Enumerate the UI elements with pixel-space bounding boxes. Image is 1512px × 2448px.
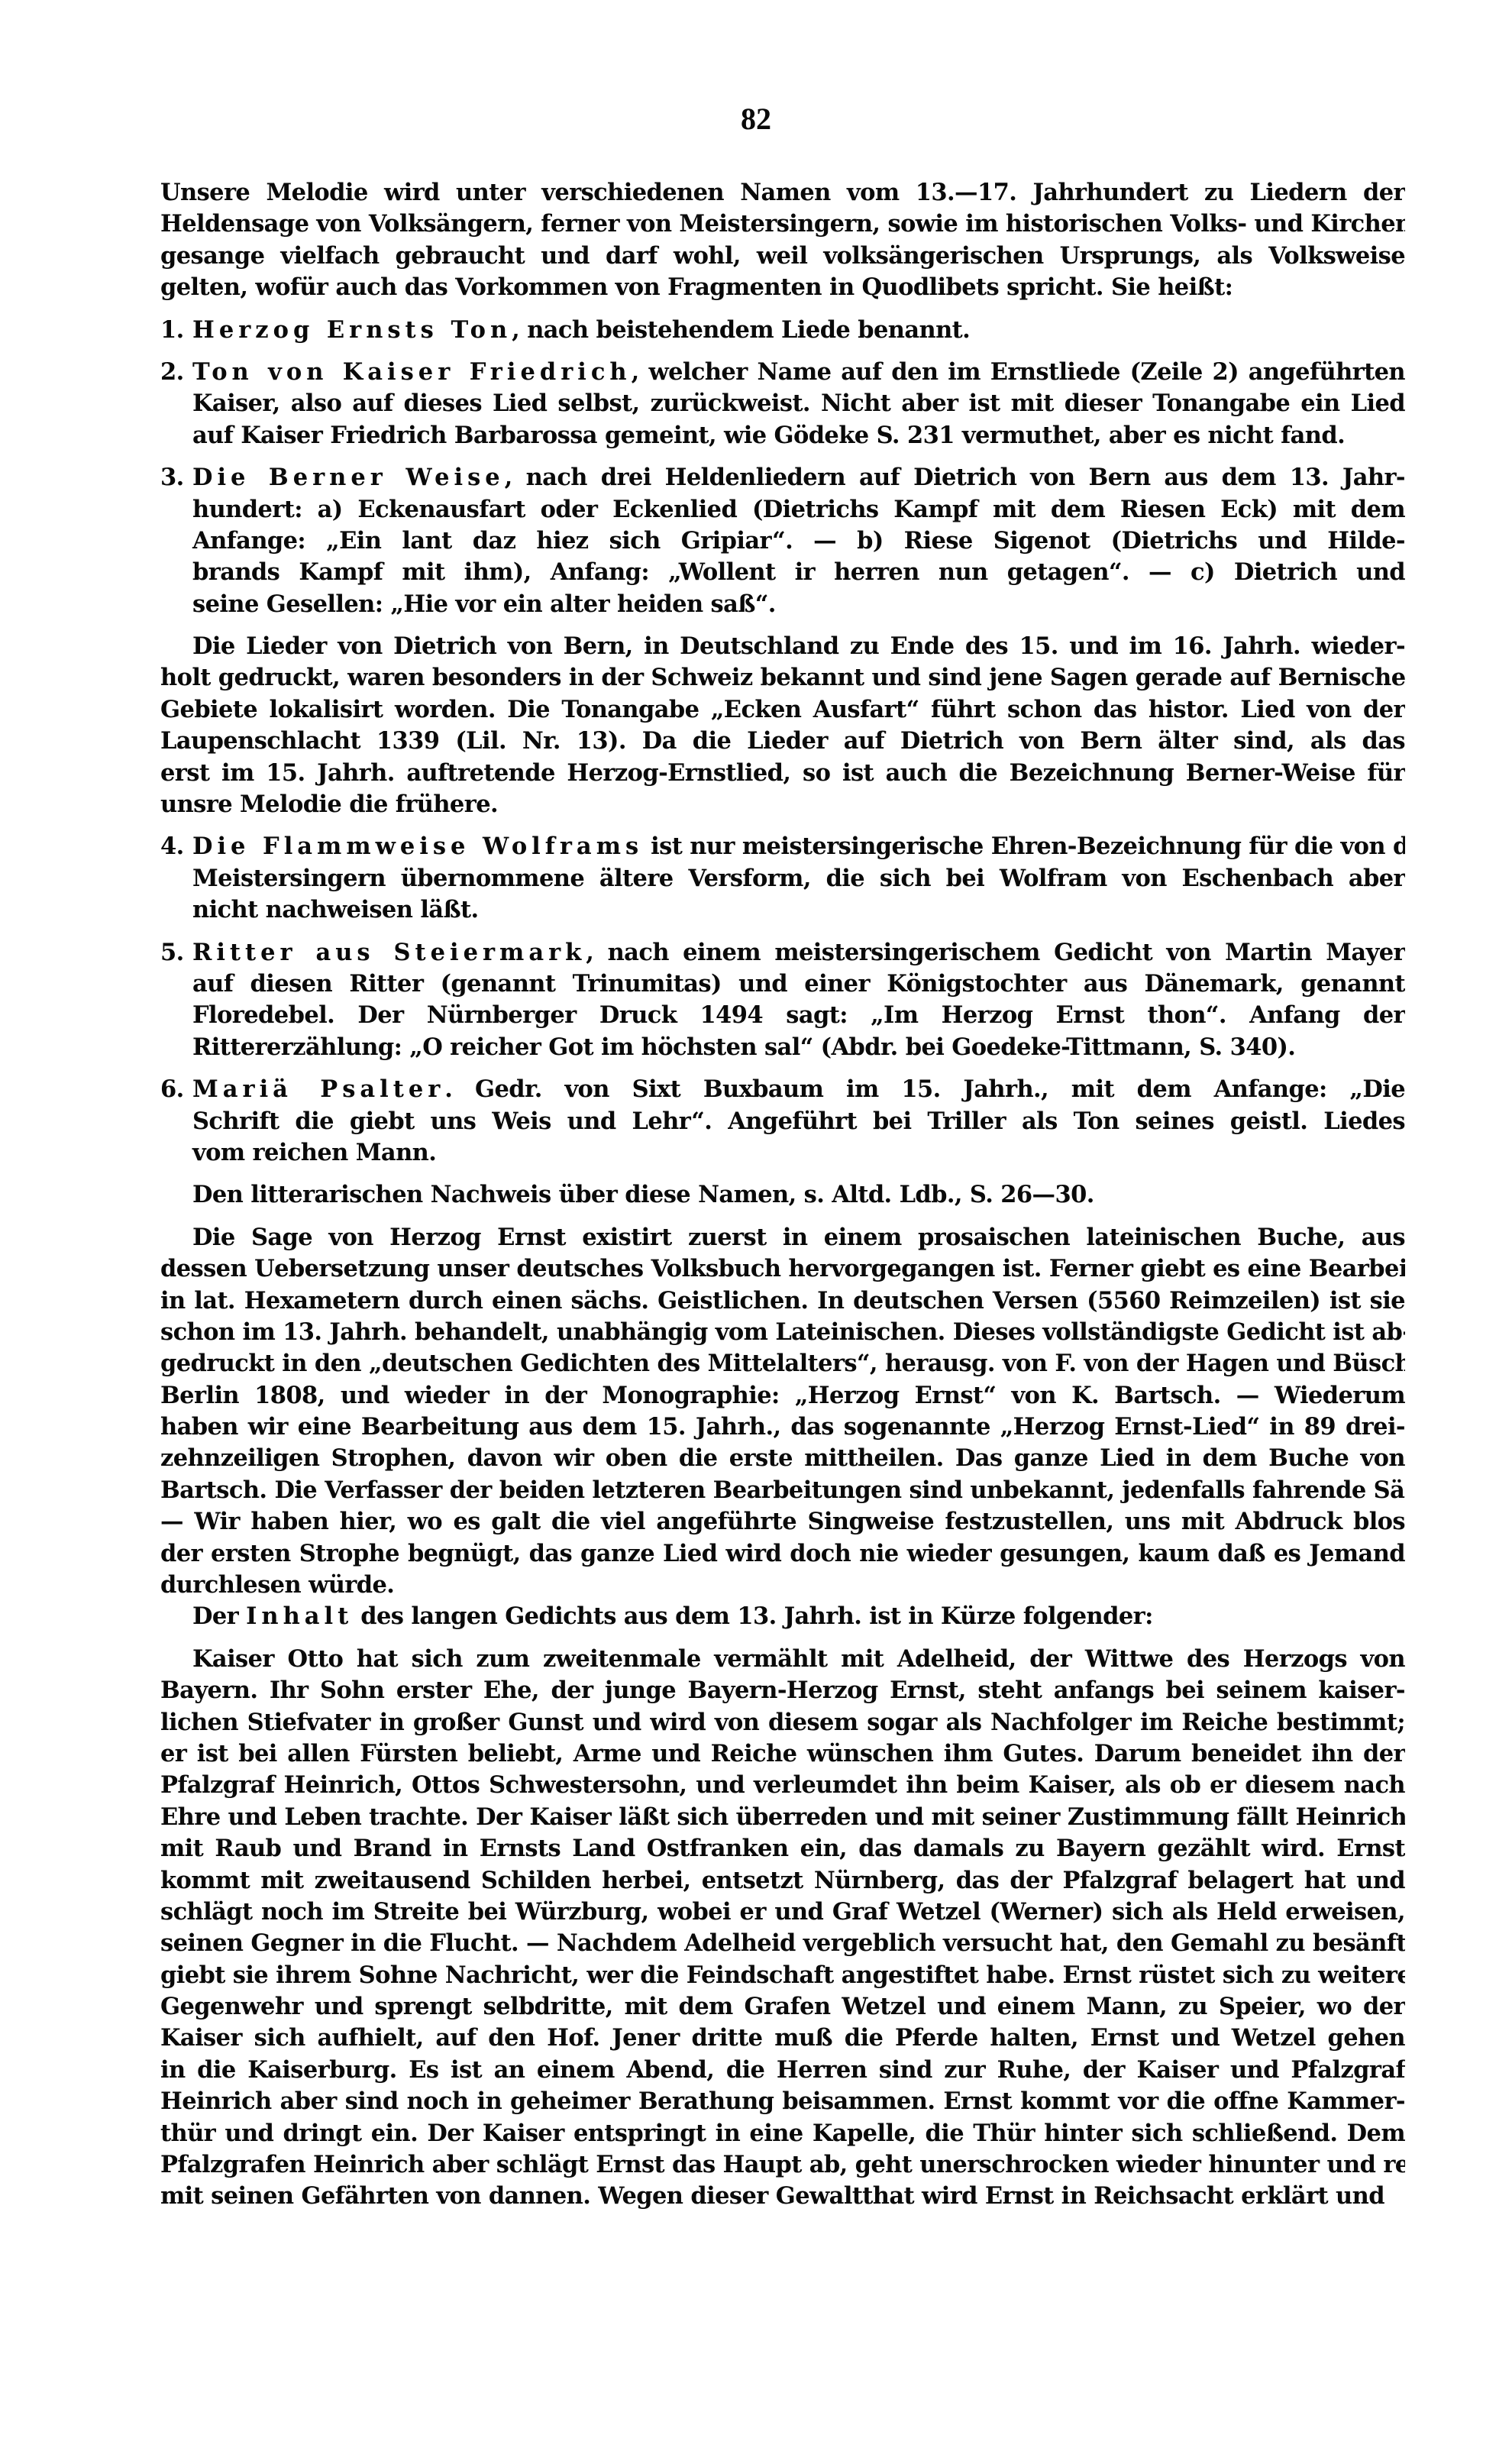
item-text: , nach einem meistersingerischem Gedicht…: [586, 939, 1405, 966]
text-line: lichen Stiefvater in großer Gunst und wi…: [160, 1707, 1405, 1738]
tune-names-list: 1.Herzog Ernsts Ton, nach beistehendem L…: [160, 315, 1405, 621]
page-number: 82: [0, 101, 1512, 137]
summary-paragraph: Kaiser Otto hat sich zum zweitenmale ver…: [160, 1644, 1405, 2213]
text-line: Kaiser Otto hat sich zum zweitenmale ver…: [160, 1644, 1405, 1675]
text-line: 6.Mariä Psalter. Gedr. von Sixt Buxbaum …: [160, 1074, 1405, 1105]
text-line: durchlesen würde.: [160, 1570, 1405, 1601]
text-line: in die Kaiserburg. Es ist an einem Abend…: [160, 2055, 1405, 2086]
text-line: der ersten Strophe begnügt, das ganze Li…: [160, 1538, 1405, 1570]
text-line: holt gedruckt, waren besonders in der Sc…: [160, 662, 1405, 694]
tune-name: Herzog Ernsts Ton: [192, 316, 512, 344]
text-line: auf Kaiser Friedrich Barbarossa gemeint,…: [160, 420, 1405, 451]
list-number: 6.: [160, 1074, 192, 1105]
text-line: er ist bei allen Fürsten beliebt, Arme u…: [160, 1738, 1405, 1770]
text-line: 4.Die Flammweise Wolframs ist nur meiste…: [160, 831, 1405, 862]
list-item: 5.Ritter aus Steiermark, nach einem meis…: [160, 937, 1405, 1064]
list-item: 2.Ton von Kaiser Friedrich, welcher Name…: [160, 357, 1405, 451]
item-text: , nach drei Heldenliedern auf Dietrich v…: [505, 464, 1405, 491]
list-item: 1.Herzog Ernsts Ton, nach beistehendem L…: [160, 315, 1405, 346]
text-line: — Wir haben hier, wo es galt die viel an…: [160, 1506, 1405, 1538]
text-line: hundert: a) Eckenausfart oder Eckenlied …: [160, 494, 1405, 525]
text-line: 5.Ritter aus Steiermark, nach einem meis…: [160, 937, 1405, 969]
inhalt-emphasis: Inhalt: [246, 1602, 353, 1630]
text-line: schon im 13. Jahrh. behandelt, unabhängi…: [160, 1317, 1405, 1348]
tune-name: Die Berner Weise: [192, 464, 505, 491]
text-line: Pfalzgraf Heinrich, Ottos Schwestersohn,…: [160, 1770, 1405, 1801]
text-line: erst im 15. Jahrh. auftretende Herzog-Er…: [160, 758, 1405, 789]
text-line: gedruckt in den „deutschen Gedichten des…: [160, 1348, 1405, 1379]
text-line: Ehre und Leben trachte. Der Kaiser läßt …: [160, 1802, 1405, 1833]
tune-name: Mariä Psalter: [192, 1075, 444, 1103]
tune-name: Die Flammweise Wolframs: [192, 833, 643, 860]
tune-names-list-continued: 4.Die Flammweise Wolframs ist nur meiste…: [160, 831, 1405, 1169]
text-line: Gebiete lokalisirt worden. Die Tonangabe…: [160, 694, 1405, 726]
text-line: Bartsch. Die Verfasser der beiden letzte…: [160, 1475, 1405, 1506]
text-line: in lat. Hexametern durch einen sächs. Ge…: [160, 1285, 1405, 1317]
book-page: 82 Unsere Melodie wird unter verschieden…: [0, 0, 1512, 2448]
text-line: Die Lieder von Dietrich von Bern, in Deu…: [160, 631, 1405, 662]
item-text: . Gedr. von Sixt Buxbaum im 15. Jahrh., …: [444, 1075, 1405, 1103]
text-line: giebt sie ihrem Sohne Nachricht, wer die…: [160, 1960, 1405, 1991]
reference-line: Den litterarischen Nachweis über diese N…: [160, 1179, 1405, 1211]
text-line: Anfange: „Ein lant daz hiez sich Gripiar…: [160, 525, 1405, 557]
text-line: nicht nachweisen läßt.: [160, 894, 1405, 926]
text-line: thür und dringt ein. Der Kaiser entsprin…: [160, 2118, 1405, 2149]
text-line: Heinrich aber sind noch in geheimer Bera…: [160, 2086, 1405, 2117]
text-line: Rittererzählung: „O reicher Got im höchs…: [160, 1032, 1405, 1063]
text-line: Bayern. Ihr Sohn erster Ehe, der junge B…: [160, 1675, 1405, 1706]
text-line: Kaiser, also auf dieses Lied selbst, zur…: [160, 388, 1405, 419]
text-line: 2.Ton von Kaiser Friedrich, welcher Name…: [160, 357, 1405, 388]
list-number: 3.: [160, 462, 192, 493]
text-line: Heldensage von Volksängern, ferner von M…: [160, 209, 1405, 240]
tune-name: Ton von Kaiser Friedrich: [192, 358, 632, 386]
list-item: 3.Die Berner Weise, nach drei Heldenlied…: [160, 462, 1405, 620]
text-line: Pfalzgrafen Heinrich aber schlägt Ernst …: [160, 2149, 1405, 2181]
text-line: seine Gesellen: „Hie vor ein alter heide…: [160, 589, 1405, 620]
text-line: mit seinen Gefährten von dannen. Wegen d…: [160, 2181, 1405, 2212]
text-line: mit Raub und Brand in Ernsts Land Ostfra…: [160, 1833, 1405, 1864]
item-text: ist nur meistersingerische Ehren-Bezeich…: [643, 833, 1405, 860]
text-line: Kaiser sich aufhielt, auf den Hof. Jener…: [160, 2023, 1405, 2054]
sage-paragraph: Die Sage von Herzog Ernst existirt zuers…: [160, 1222, 1405, 1602]
page-body: Unsere Melodie wird unter verschiedenen …: [160, 177, 1405, 2213]
text-line: Gegenwehr und sprengt selbdritte, mit de…: [160, 1991, 1405, 2023]
text-line: gelten, wofür auch das Vorkommen von Fra…: [160, 272, 1405, 303]
text-line: zehnzeiligen Strophen, davon wir oben di…: [160, 1443, 1405, 1474]
inhalt-intro-line: Der Inhalt des langen Gedichts aus dem 1…: [160, 1601, 1405, 1632]
text-line: brands Kampf mit ihm), Anfang: „Wollent …: [160, 557, 1405, 588]
text-line: Unsere Melodie wird unter verschiedenen …: [160, 177, 1405, 209]
text-line: Die Sage von Herzog Ernst existirt zuers…: [160, 1222, 1405, 1253]
list-item: 4.Die Flammweise Wolframs ist nur meiste…: [160, 831, 1405, 926]
text-line: Berlin 1808, und wieder in der Monograph…: [160, 1380, 1405, 1412]
item-text: , welcher Name auf den im Ernstliede (Ze…: [632, 358, 1405, 386]
tune-name: Ritter aus Steiermark: [192, 939, 586, 966]
list-number: 5.: [160, 937, 192, 969]
text-line: auf diesen Ritter (genannt Trinumitas) u…: [160, 969, 1405, 1000]
item-text: , nach beistehendem Liede benannt.: [512, 316, 970, 344]
text-line: Floredebel. Der Nürnberger Druck 1494 sa…: [160, 1000, 1405, 1031]
text-line: vom reichen Mann.: [160, 1137, 1405, 1169]
inhalt-rest: des langen Gedichts aus dem 13. Jahrh. i…: [353, 1602, 1153, 1630]
list-number: 2.: [160, 357, 192, 388]
text-line: kommt mit zweitausend Schilden herbei, e…: [160, 1865, 1405, 1897]
text-line: seinen Gegner in die Flucht. — Nachdem A…: [160, 1928, 1405, 1959]
dietrich-paragraph: Die Lieder von Dietrich von Bern, in Deu…: [160, 631, 1405, 820]
text-line: 1.Herzog Ernsts Ton, nach beistehendem L…: [160, 315, 1405, 346]
list-number: 1.: [160, 315, 192, 346]
text-line: gesange vielfach gebraucht und darf wohl…: [160, 241, 1405, 272]
text-line: 3.Die Berner Weise, nach drei Heldenlied…: [160, 462, 1405, 493]
list-number: 4.: [160, 831, 192, 862]
text-line: haben wir eine Bearbeitung aus dem 15. J…: [160, 1412, 1405, 1443]
text-line: unsre Melodie die frühere.: [160, 789, 1405, 820]
intro-paragraph: Unsere Melodie wird unter verschiedenen …: [160, 177, 1405, 304]
inhalt-prefix: Der: [192, 1602, 246, 1630]
text-line: Laupenschlacht 1339 (Lil. Nr. 13). Da di…: [160, 726, 1405, 757]
list-item: 6.Mariä Psalter. Gedr. von Sixt Buxbaum …: [160, 1074, 1405, 1169]
text-line: Meistersingern übernommene ältere Versfo…: [160, 863, 1405, 894]
text-line: schlägt noch im Streite bei Würzburg, wo…: [160, 1897, 1405, 1928]
text-line: Schrift die giebt uns Weis und Lehr“. An…: [160, 1106, 1405, 1137]
text-line: dessen Uebersetzung unser deutsches Volk…: [160, 1253, 1405, 1285]
